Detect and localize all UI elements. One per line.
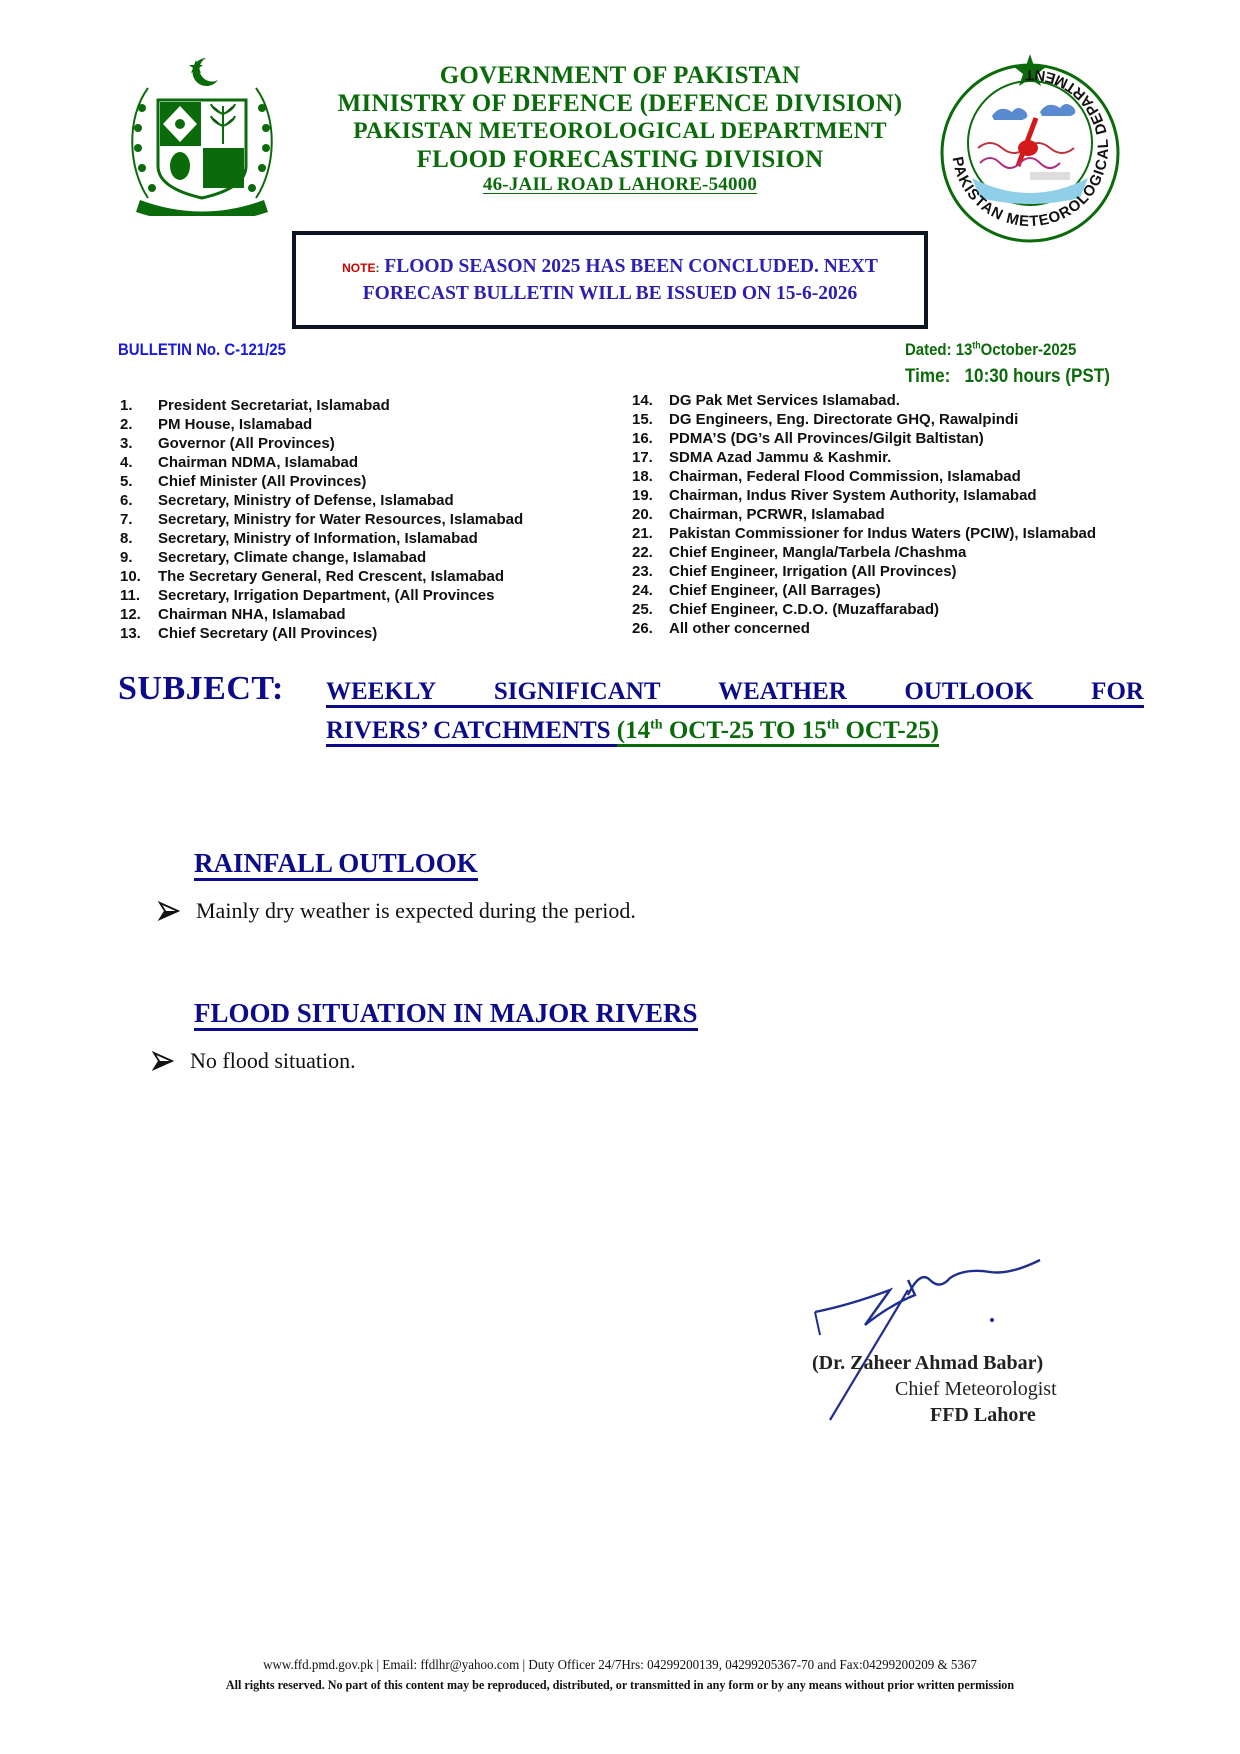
distribution-item: 22.Chief Engineer, Mangla/Tarbela /Chash… [632, 543, 1096, 562]
subject-title-line-1: WEEKLYSIGNIFICANTWEATHEROUTLOOKFOR [326, 678, 1144, 708]
distribution-item-text: All other concerned [669, 619, 810, 638]
distribution-item-number: 9. [120, 548, 158, 567]
distribution-item: 8.Secretary, Ministry of Information, Is… [120, 529, 523, 548]
distribution-item-text: Pakistan Commissioner for Indus Waters (… [669, 524, 1096, 543]
distribution-item: 5.Chief Minister (All Provinces) [120, 472, 523, 491]
distribution-item-number: 20. [632, 505, 669, 524]
distribution-item-text: PDMA’S (DG’s All Provinces/Gilgit Baltis… [669, 429, 984, 448]
notice-line-2: FORECAST BULLETIN WILL BE ISSUED ON 15-6… [363, 281, 858, 307]
distribution-item: 20.Chairman, PCRWR, Islamabad [632, 505, 1096, 524]
rainfall-outlook-item: Mainly dry weather is expected during th… [156, 898, 636, 924]
distribution-item-number: 6. [120, 491, 158, 510]
distribution-item: 19.Chairman, Indus River System Authorit… [632, 486, 1096, 505]
distribution-item-text: DG Engineers, Eng. Directorate GHQ, Rawa… [669, 410, 1018, 429]
distribution-item-number: 16. [632, 429, 669, 448]
distribution-item-text: Chairman NDMA, Islamabad [158, 453, 358, 472]
distribution-item-text: President Secretariat, Islamabad [158, 396, 390, 415]
distribution-item-number: 17. [632, 448, 669, 467]
bulletin-time: Time: 10:30 hours (PST) [905, 366, 1110, 388]
distribution-item: 1.President Secretariat, Islamabad [120, 396, 523, 415]
distribution-item-text: Chief Engineer, Mangla/Tarbela /Chashma [669, 543, 966, 562]
distribution-item-text: Chief Engineer, Irrigation (All Province… [669, 562, 957, 581]
distribution-item-number: 14. [632, 391, 669, 410]
distribution-list-right: 14.DG Pak Met Services Islamabad.15.DG E… [632, 391, 1096, 638]
distribution-item: 26.All other concerned [632, 619, 1096, 638]
subject-word: WEATHER [718, 678, 847, 705]
header-division: FLOOD FORECASTING DIVISION [290, 146, 950, 174]
distribution-item-text: DG Pak Met Services Islamabad. [669, 391, 900, 410]
distribution-item-text: Chairman, PCRWR, Islamabad [669, 505, 885, 524]
distribution-item: 12.Chairman NHA, Islamabad [120, 605, 523, 624]
distribution-item-text: The Secretary General, Red Crescent, Isl… [158, 567, 504, 586]
distribution-item-number: 22. [632, 543, 669, 562]
distribution-item: 25.Chief Engineer, C.D.O. (Muzaffarabad) [632, 600, 1096, 619]
subject-word: OUTLOOK [904, 678, 1033, 705]
distribution-item-text: Chief Minister (All Provinces) [158, 472, 366, 491]
signatory-office: FFD Lahore [930, 1404, 1036, 1427]
subject-date-range: (14th OCT-25 TO 15th OCT-25) [617, 717, 939, 747]
header-ministry: MINISTRY OF DEFENCE (DEFENCE DIVISION) [290, 90, 950, 118]
distribution-item: 13.Chief Secretary (All Provinces) [120, 624, 523, 643]
distribution-item: 10.The Secretary General, Red Crescent, … [120, 567, 523, 586]
distribution-item-text: Secretary, Irrigation Department, (All P… [158, 586, 495, 605]
distribution-item: 23.Chief Engineer, Irrigation (All Provi… [632, 562, 1096, 581]
distribution-item-number: 12. [120, 605, 158, 624]
header-government: GOVERNMENT OF PAKISTAN [290, 62, 950, 90]
distribution-item-text: Governor (All Provinces) [158, 434, 335, 453]
distribution-item-text: Chief Engineer, (All Barrages) [669, 581, 881, 600]
distribution-item-number: 5. [120, 472, 158, 491]
distribution-item-number: 10. [120, 567, 158, 586]
subject-word: SIGNIFICANT [494, 678, 661, 705]
distribution-item-text: Chief Engineer, C.D.O. (Muzaffarabad) [669, 600, 939, 619]
distribution-item-number: 4. [120, 453, 158, 472]
header-department: PAKISTAN METEOROLOGICAL DEPARTMENT [290, 118, 950, 145]
distribution-item-text: Secretary, Ministry of Defense, Islamaba… [158, 491, 454, 510]
distribution-item-number: 19. [632, 486, 669, 505]
distribution-item: 17.SDMA Azad Jammu & Kashmir. [632, 448, 1096, 467]
distribution-item: 21.Pakistan Commissioner for Indus Water… [632, 524, 1096, 543]
arrow-bullet-icon [156, 900, 182, 922]
distribution-item-text: Chairman, Indus River System Authority, … [669, 486, 1037, 505]
distribution-item-number: 3. [120, 434, 158, 453]
distribution-item-text: Chief Secretary (All Provinces) [158, 624, 377, 643]
subject-label: SUBJECT: [118, 670, 284, 708]
distribution-item: 4.Chairman NDMA, Islamabad [120, 453, 523, 472]
distribution-item: 16.PDMA’S (DG’s All Provinces/Gilgit Bal… [632, 429, 1096, 448]
distribution-item-number: 1. [120, 396, 158, 415]
distribution-item: 14.DG Pak Met Services Islamabad. [632, 391, 1096, 410]
bulletin-number: BULLETIN No. C-121/25 [118, 340, 286, 360]
distribution-list-left: 1.President Secretariat, Islamabad2.PM H… [120, 396, 523, 643]
distribution-item: 24.Chief Engineer, (All Barrages) [632, 581, 1096, 600]
distribution-item: 11.Secretary, Irrigation Department, (Al… [120, 586, 523, 605]
season-concluded-notice: NOTE: FLOOD SEASON 2025 HAS BEEN CONCLUD… [292, 231, 928, 329]
distribution-item-number: 15. [632, 410, 669, 429]
pmd-logo-icon: PAKISTAN METEOROLOGICAL DEPARTMENT [930, 48, 1130, 248]
distribution-item-number: 21. [632, 524, 669, 543]
note-label: NOTE [342, 261, 375, 275]
rainfall-outlook-heading: RAINFALL OUTLOOK [194, 848, 478, 881]
distribution-item: 6.Secretary, Ministry of Defense, Islama… [120, 491, 523, 510]
footer-contact: www.ffd.pmd.gov.pk | Email: ffdlhr@yahoo… [43, 1658, 1196, 1674]
distribution-item-number: 23. [632, 562, 669, 581]
subject-word: WEEKLY [326, 678, 436, 705]
signatory-name: (Dr. Zaheer Ahmad Babar) [812, 1352, 1043, 1375]
distribution-item: 3.Governor (All Provinces) [120, 434, 523, 453]
bulletin-date: Dated: 13thOctober-2025 [905, 340, 1076, 360]
distribution-item-text: Secretary, Ministry for Water Resources,… [158, 510, 523, 529]
notice-line-1: NOTE: FLOOD SEASON 2025 HAS BEEN CONCLUD… [342, 254, 878, 281]
signatory-title: Chief Meteorologist [895, 1378, 1057, 1401]
flood-situation-heading: FLOOD SITUATION IN MAJOR RIVERS [194, 998, 698, 1031]
distribution-item-text: Secretary, Climate change, Islamabad [158, 548, 426, 567]
state-emblem-icon [118, 48, 286, 216]
header-address: 46-JAIL ROAD LAHORE-54000 [290, 174, 950, 196]
distribution-item-number: 11. [120, 586, 158, 605]
subject-word: FOR [1091, 678, 1144, 705]
distribution-item-number: 25. [632, 600, 669, 619]
distribution-item-number: 7. [120, 510, 158, 529]
distribution-item-text: Secretary, Ministry of Information, Isla… [158, 529, 478, 548]
distribution-item-text: Chairman NHA, Islamabad [158, 605, 346, 624]
distribution-item-number: 18. [632, 467, 669, 486]
distribution-item-number: 8. [120, 529, 158, 548]
distribution-item: 2.PM House, Islamabad [120, 415, 523, 434]
distribution-item-text: PM House, Islamabad [158, 415, 312, 434]
distribution-item: 18.Chairman, Federal Flood Commission, I… [632, 467, 1096, 486]
handwritten-signature-icon [790, 1250, 1090, 1430]
distribution-item-number: 26. [632, 619, 669, 638]
flood-situation-item: No flood situation. [150, 1048, 356, 1074]
distribution-item-number: 2. [120, 415, 158, 434]
distribution-item: 9.Secretary, Climate change, Islamabad [120, 548, 523, 567]
arrow-bullet-icon [150, 1050, 176, 1072]
subject-title-line-2: RIVERS’ CATCHMENTS (14th OCT-25 TO 15th … [326, 712, 939, 744]
distribution-item-text: SDMA Azad Jammu & Kashmir. [669, 448, 891, 467]
distribution-item-number: 24. [632, 581, 669, 600]
footer-rights: All rights reserved. No part of this con… [43, 1677, 1196, 1693]
distribution-item-number: 13. [120, 624, 158, 643]
distribution-item: 15.DG Engineers, Eng. Directorate GHQ, R… [632, 410, 1096, 429]
distribution-item: 7.Secretary, Ministry for Water Resource… [120, 510, 523, 529]
distribution-item-text: Chairman, Federal Flood Commission, Isla… [669, 467, 1021, 486]
